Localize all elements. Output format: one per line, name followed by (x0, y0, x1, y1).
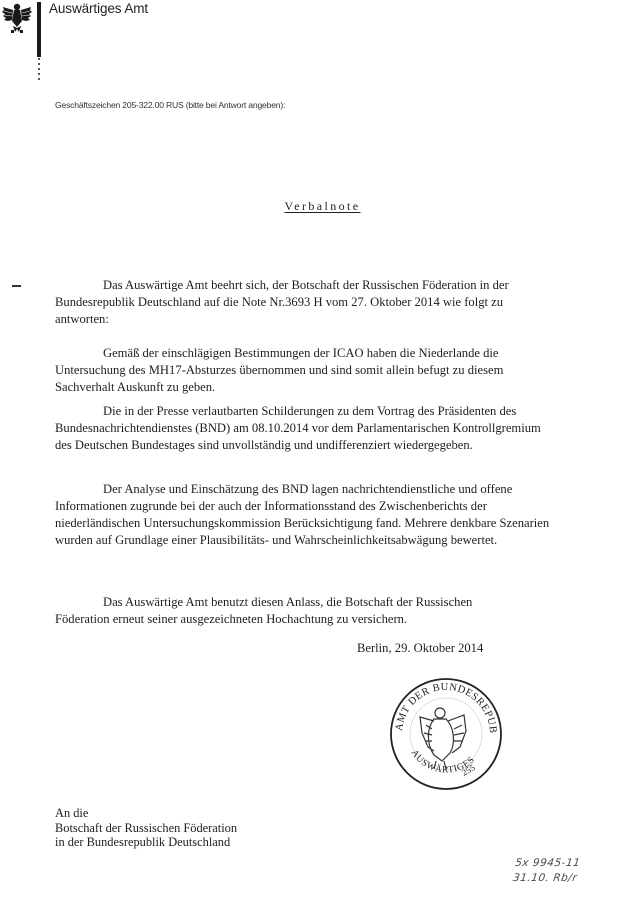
handwritten-line: 31.10. Rb/r (512, 871, 579, 886)
margin-mark (12, 285, 21, 287)
paragraph-text: Das Auswärtige Amt beehrt sich, der Bots… (55, 278, 509, 326)
agency-name: Auswärtiges Amt (49, 1, 148, 16)
handwritten-line: 5x 9945-11 (514, 856, 581, 871)
official-seal-icon: AMT DER BUNDESREPUBLIK DEUTSCHLAND AUSWÄ… (372, 673, 522, 795)
paragraph-text: Das Auswärtige Amt benutzt diesen Anlass… (55, 595, 472, 626)
reference-line: Geschäftszeichen 205-322.00 RUS (bitte b… (55, 100, 285, 110)
paragraph-closing: Das Auswärtige Amt benutzt diesen Anlass… (55, 594, 530, 628)
recipient-line: in der Bundesrepublik Deutschland (55, 835, 237, 850)
recipient-line: Botschaft der Russischen Föderation (55, 821, 237, 836)
paragraph-icao: Gemäß der einschlägigen Bestimmungen der… (55, 345, 555, 396)
federal-eagle-icon (1, 1, 33, 35)
document-title: Verbalnote (0, 199, 635, 214)
paragraph-text: Der Analyse und Einschätzung des BND lag… (55, 482, 549, 547)
paragraph-text: Die in der Presse verlautbarten Schilder… (55, 404, 541, 452)
header-divider-bar (37, 2, 41, 57)
paragraph-analysis: Der Analyse und Einschätzung des BND lag… (55, 481, 560, 549)
header-divider-dots (38, 58, 40, 80)
recipient-line: An die (55, 806, 237, 821)
place-date: Berlin, 29. Oktober 2014 (357, 641, 483, 656)
recipient-address: An die Botschaft der Russischen Föderati… (55, 806, 237, 850)
paragraph-intro: Das Auswärtige Amt beehrt sich, der Bots… (55, 277, 555, 328)
handwritten-annotation: 5x 9945-11 31.10. Rb/r (512, 856, 581, 886)
paragraph-text: Gemäß der einschlägigen Bestimmungen der… (55, 346, 503, 394)
paragraph-press: Die in der Presse verlautbarten Schilder… (55, 403, 560, 454)
